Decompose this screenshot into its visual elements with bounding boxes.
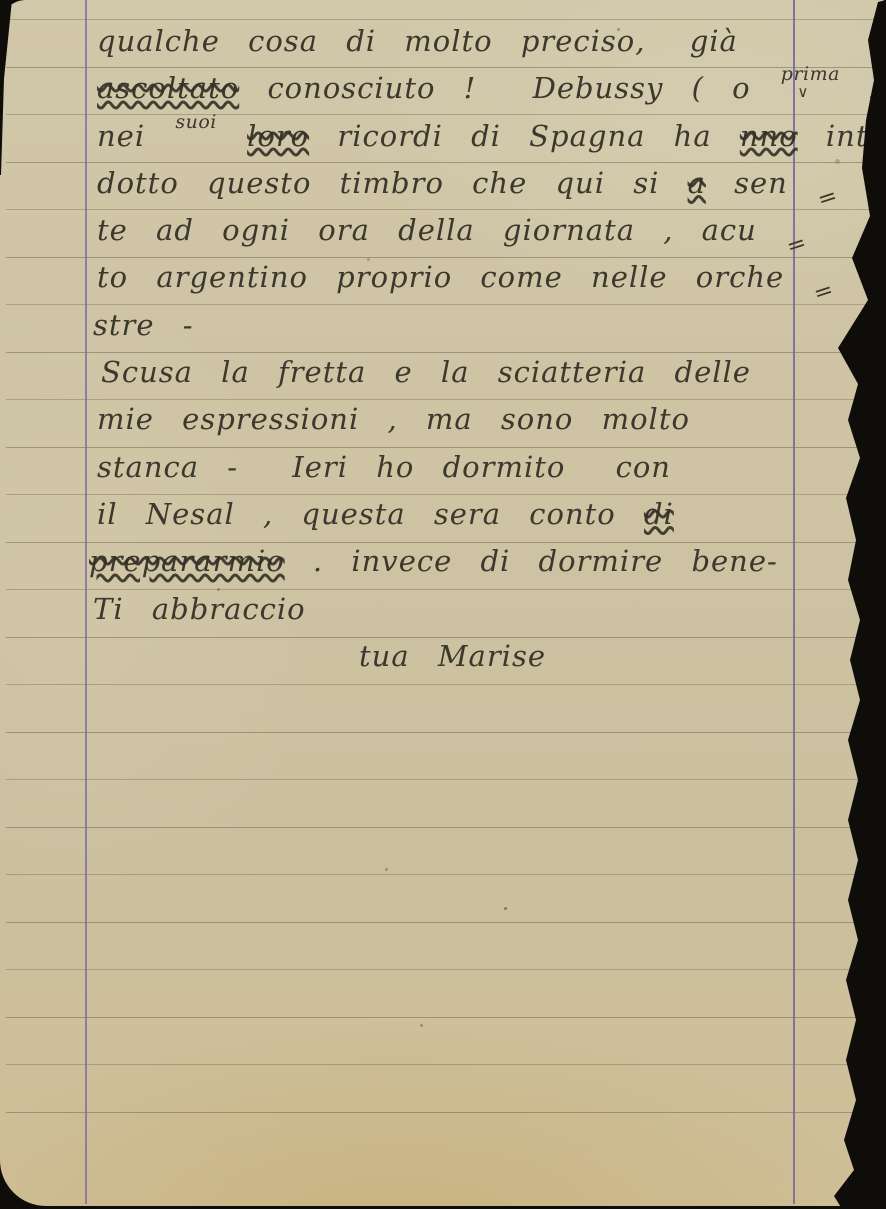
handwriting-segment: già bbox=[690, 24, 738, 58]
handwriting-segment: con bbox=[616, 450, 671, 484]
handwriting-line: il Nesal , questa sera conto di bbox=[97, 500, 886, 547]
ruled-line bbox=[6, 779, 883, 780]
handwriting-segment: to argentino proprio come nelle orche bbox=[97, 260, 784, 294]
handwriting-line: prepararmio . invece di dormire bene- bbox=[89, 547, 886, 594]
ruled-line bbox=[6, 922, 883, 923]
handwriting-segment: Scusa la fretta e la sciatteria delle bbox=[101, 355, 751, 389]
ruled-line bbox=[6, 1064, 883, 1065]
ruled-line bbox=[6, 827, 883, 828]
handwriting-segment: ricordi di Spagna ha bbox=[337, 119, 711, 153]
handwriting-segment: tua Marise bbox=[359, 639, 546, 673]
ruled-line bbox=[6, 19, 883, 20]
handwriting-segment: conosciuto ! bbox=[267, 71, 476, 105]
struck-word: nno bbox=[740, 119, 798, 153]
handwriting-line: to argentino proprio come nelle orche = bbox=[97, 263, 886, 310]
signature: tua Marise bbox=[359, 642, 886, 689]
inserted-word: suoi bbox=[175, 113, 217, 132]
struck-word: prepararmio bbox=[89, 544, 285, 578]
handwritten-text: qualche cosa di molto preciso, già ascol… bbox=[97, 27, 886, 689]
handwriting-line: qualche cosa di molto preciso, già bbox=[97, 27, 886, 74]
handwriting-segment: stre - bbox=[93, 308, 194, 342]
handwriting-segment: Ieri ho dormito bbox=[292, 450, 565, 484]
struck-word: a bbox=[688, 166, 706, 200]
handwriting-segment: nei bbox=[97, 119, 145, 153]
handwriting-segment: te ad ogni ora della giornata , acu bbox=[97, 213, 757, 247]
handwriting-line: nei suoi loro ricordi di Spagna ha nno i… bbox=[97, 122, 886, 169]
handwriting-segment: qualche cosa di molto preciso, bbox=[97, 24, 645, 58]
handwriting-line: Scusa la fretta e la sciatteria delle bbox=[101, 358, 886, 405]
letter-page: qualche cosa di molto preciso, già ascol… bbox=[0, 0, 886, 1206]
caret-mark: ∨ bbox=[797, 85, 808, 100]
handwriting-segment: Ti abbraccio bbox=[93, 592, 306, 626]
struck-word: ascoltato bbox=[97, 71, 239, 105]
ruled-line bbox=[6, 1112, 883, 1113]
handwriting-line: Ti abbraccio bbox=[93, 595, 886, 642]
ruled-line bbox=[6, 969, 883, 970]
ruled-line bbox=[6, 874, 883, 875]
handwriting-segment: dotto questo timbro che qui si bbox=[97, 166, 659, 200]
handwriting-segment: il Nesal , questa sera conto bbox=[97, 497, 616, 531]
left-margin-line bbox=[85, 0, 87, 1204]
handwriting-segment: stanca - bbox=[97, 450, 238, 484]
struck-word: di bbox=[644, 497, 674, 531]
handwriting-segment: sen bbox=[734, 166, 788, 200]
handwriting-line: dotto questo timbro che qui si a sen = bbox=[97, 169, 886, 216]
struck-word: loro bbox=[247, 119, 309, 153]
torn-edge bbox=[822, 0, 886, 1209]
ruled-line bbox=[6, 1017, 883, 1018]
handwriting-line: mie espressioni , ma sono molto bbox=[97, 405, 886, 452]
handwriting-segment: Debussy ( o bbox=[533, 71, 751, 105]
handwriting-line: stre - bbox=[93, 311, 886, 358]
handwriting-segment: . invece di dormire bene- bbox=[313, 544, 778, 578]
handwriting-segment: mie espressioni , ma sono molto bbox=[97, 402, 690, 436]
ruled-line bbox=[6, 732, 883, 733]
handwriting-line: stanca - Ieri ho dormito con bbox=[97, 453, 886, 500]
handwriting-line: te ad ogni ora della giornata , acu = bbox=[97, 216, 886, 263]
hyphen-mark: = bbox=[784, 232, 809, 260]
